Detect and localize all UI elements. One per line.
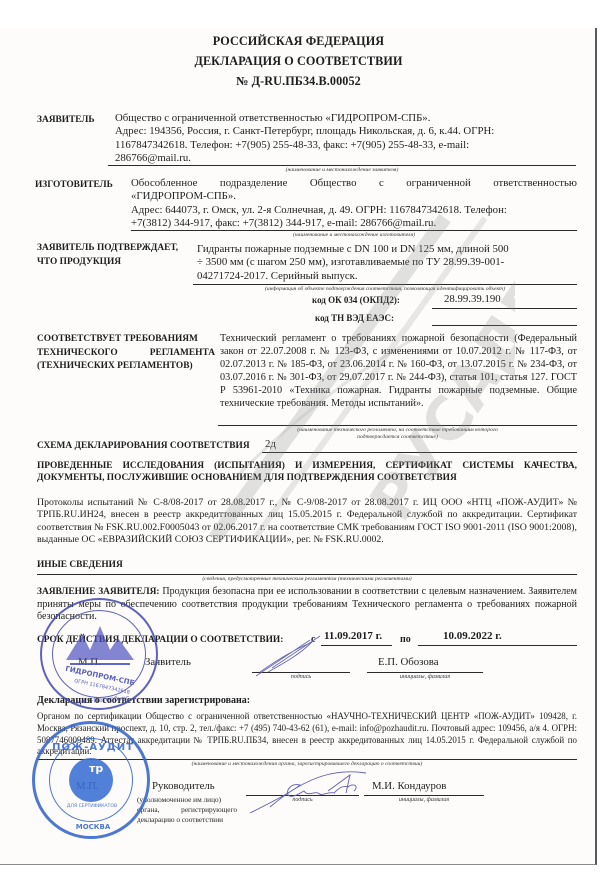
okpd-label: код ОК 034 (ОКПД2): [312, 295, 400, 305]
applicant-caption: (наименование и местонахождение заявител… [108, 167, 576, 174]
other-info-rule [37, 574, 577, 575]
validity-to-label: по [400, 633, 411, 647]
applicant-signer-name: Е.П. Обозова [378, 656, 439, 668]
studies-heading: ПРОВЕДЕННЫЕ ИССЛЕДОВАНИЯ (ИСПЫТАНИЯ) И И… [37, 460, 577, 484]
other-info-label: ИНЫЕ СВЕДЕНИЯ [37, 559, 123, 573]
registrar-stamp-inner: ДЛЯ СЕРТИФИКАТОВ [57, 804, 127, 809]
registrar-stamp-logo-text: тр [89, 762, 103, 775]
statement-label: ЗАЯВЛЕНИЕ ЗАЯВИТЕЛЯ: [37, 587, 160, 597]
applicant-signature-icon [250, 632, 330, 682]
tnved-label: код ТН ВЭД ЕАЭС: [315, 313, 394, 323]
regulation-rule [218, 425, 577, 426]
validity-from-rule [321, 645, 392, 646]
product-line3: 04271724-2017. Серийный выпуск. [197, 270, 577, 283]
validity-from-date: 11.09.2017 г. [324, 630, 382, 642]
registrar-stamp: тр ПОЖ-АУДИТ ДЛЯ СЕРТИФИКАТОВ МОСКВА [32, 721, 150, 839]
registrar-stamp-city: МОСКВА [55, 823, 131, 831]
applicant-label: ЗАЯВИТЕЛЬ [37, 114, 95, 128]
studies-text: Протоколы испытаний № С-8/08-2017 от 28.… [37, 497, 577, 547]
manufacturer-label: ИЗГОТОВИТЕЛЬ [35, 179, 113, 193]
manufacturer-contacts: +7(3812) 344-917, факс: +7(3812) 344-917… [131, 217, 577, 230]
registrar-role-note-2: органа, регистрирующего [137, 805, 237, 815]
country-heading: РОССИЙСКАЯ ФЕДЕРАЦИЯ [0, 34, 597, 49]
registrar-role-note-1: (уполномоченное им лицо) [137, 795, 237, 805]
registrar-role-note: (уполномоченное им лицо) органа, регистр… [137, 795, 237, 825]
regulation-text: Технический регламент о требованиях пожа… [220, 333, 577, 410]
scheme-label: СХЕМА ДЕКЛАРИРОВАНИЯ СООТВЕТСТВИЯ [37, 440, 250, 454]
manufacturer-info: Обособленное подразделение Общество с ог… [131, 177, 577, 230]
registrar-stamp-org: ПОЖ-АУДИТ [49, 742, 137, 753]
registrar-signature-icon [230, 763, 370, 818]
manufacturer-caption: (наименование и местонахождение изготови… [131, 232, 577, 239]
manufacturer-name-cont: «ГИДРОПРОМ-СПБ». [131, 190, 577, 203]
manufacturer-name: Обособленное подразделение Общество с ог… [131, 177, 577, 190]
applicant-address: Адрес: 194356, Россия, г. Санкт-Петербур… [115, 125, 575, 138]
applicant-contacts: 1167847342618. Телефон: +7(905) 255-48-3… [115, 139, 575, 152]
registrar-name-caption: инициалы, фамилия [364, 797, 484, 804]
product-caption: (информация об объекте подтверждения соо… [193, 286, 577, 293]
product-rule [193, 284, 577, 285]
okpd-rule [432, 308, 577, 309]
tnved-rule [432, 325, 577, 326]
validity-to-rule [418, 645, 577, 646]
document-title: ДЕКЛАРАЦИЯ О СООТВЕТСТВИИ [0, 54, 597, 69]
product-label-line1: ЗАЯВИТЕЛЬ ПОДТВЕРЖДАЕТ, [37, 242, 178, 256]
regulation-label: СООТВЕТСТВУЕТ ТРЕБОВАНИЯМ ТЕХНИЧЕСКОГО Р… [37, 333, 215, 374]
regulation-label-line1: СООТВЕТСТВУЕТ ТРЕБОВАНИЯМ [37, 333, 215, 347]
scheme-value: 2д [265, 438, 276, 451]
applicant-name-caption: инициалы, фамилия [367, 674, 483, 681]
product-description: Гидранты пожарные подземные с DN 100 и D… [197, 243, 577, 283]
okpd-value: 28.99.39.190 [444, 293, 501, 306]
product-line2: ÷ 3500 мм (с шагом 250 мм), изготавливае… [197, 256, 577, 269]
applicant-stamp: ГИДРОПРОМ-СПБ ОГРН 1167847342618 Санкт-П… [40, 598, 158, 710]
validity-to-date: 10.09.2022 г. [443, 630, 502, 642]
product-line1: Гидранты пожарные подземные с DN 100 и D… [197, 243, 577, 256]
applicant-name: Общество с ограниченной ответственностью… [115, 112, 575, 125]
manufacturer-address: Адрес: 644073, г. Омск, ул. 2-я Солнечна… [131, 204, 577, 217]
registrar-name-line [364, 795, 484, 796]
registrar-role: Руководитель [152, 780, 215, 792]
scheme-rule [262, 452, 577, 453]
regulation-label-line2b: РЕГЛАМЕНТА [150, 347, 215, 361]
regulation-label-line2: ТЕХНИЧЕСКОГО РЕГЛАМЕНТА [37, 347, 215, 361]
applicant-name-line [367, 672, 483, 673]
declaration-number: № Д-RU.ПБ34.В.00052 [0, 74, 597, 89]
regulation-label-line2a: ТЕХНИЧЕСКОГО [37, 347, 118, 361]
declaration-page: РОССИЙСКАЯ ФЕДЕРАЦИЯ ДЕКЛАРАЦИЯ О СООТВЕ… [0, 28, 597, 865]
regulation-label-line3: (ТЕХНИЧЕСКИХ РЕГЛАМЕНТОВ) [37, 360, 215, 374]
product-label-line2: ЧТО ПРОДУКЦИЯ [37, 256, 178, 270]
registrar-role-note-3: декларацию о соответствии [137, 815, 237, 825]
registrar-signer-name: М.И. Кондауров [372, 780, 446, 792]
registrar-stamp-logo-icon: тр [69, 758, 113, 802]
other-info-caption: (сведения, предусмотренные техническим р… [37, 576, 577, 583]
product-label: ЗАЯВИТЕЛЬ ПОДТВЕРЖДАЕТ, ЧТО ПРОДУКЦИЯ [37, 242, 178, 269]
applicant-rule [108, 165, 576, 166]
applicant-email: 286766@mail.ru. [115, 152, 575, 165]
manufacturer-rule [131, 230, 577, 231]
applicant-info: Общество с ограниченной ответственностью… [115, 112, 575, 165]
regulation-caption-line1: (наименование технического регламента, н… [218, 427, 577, 434]
